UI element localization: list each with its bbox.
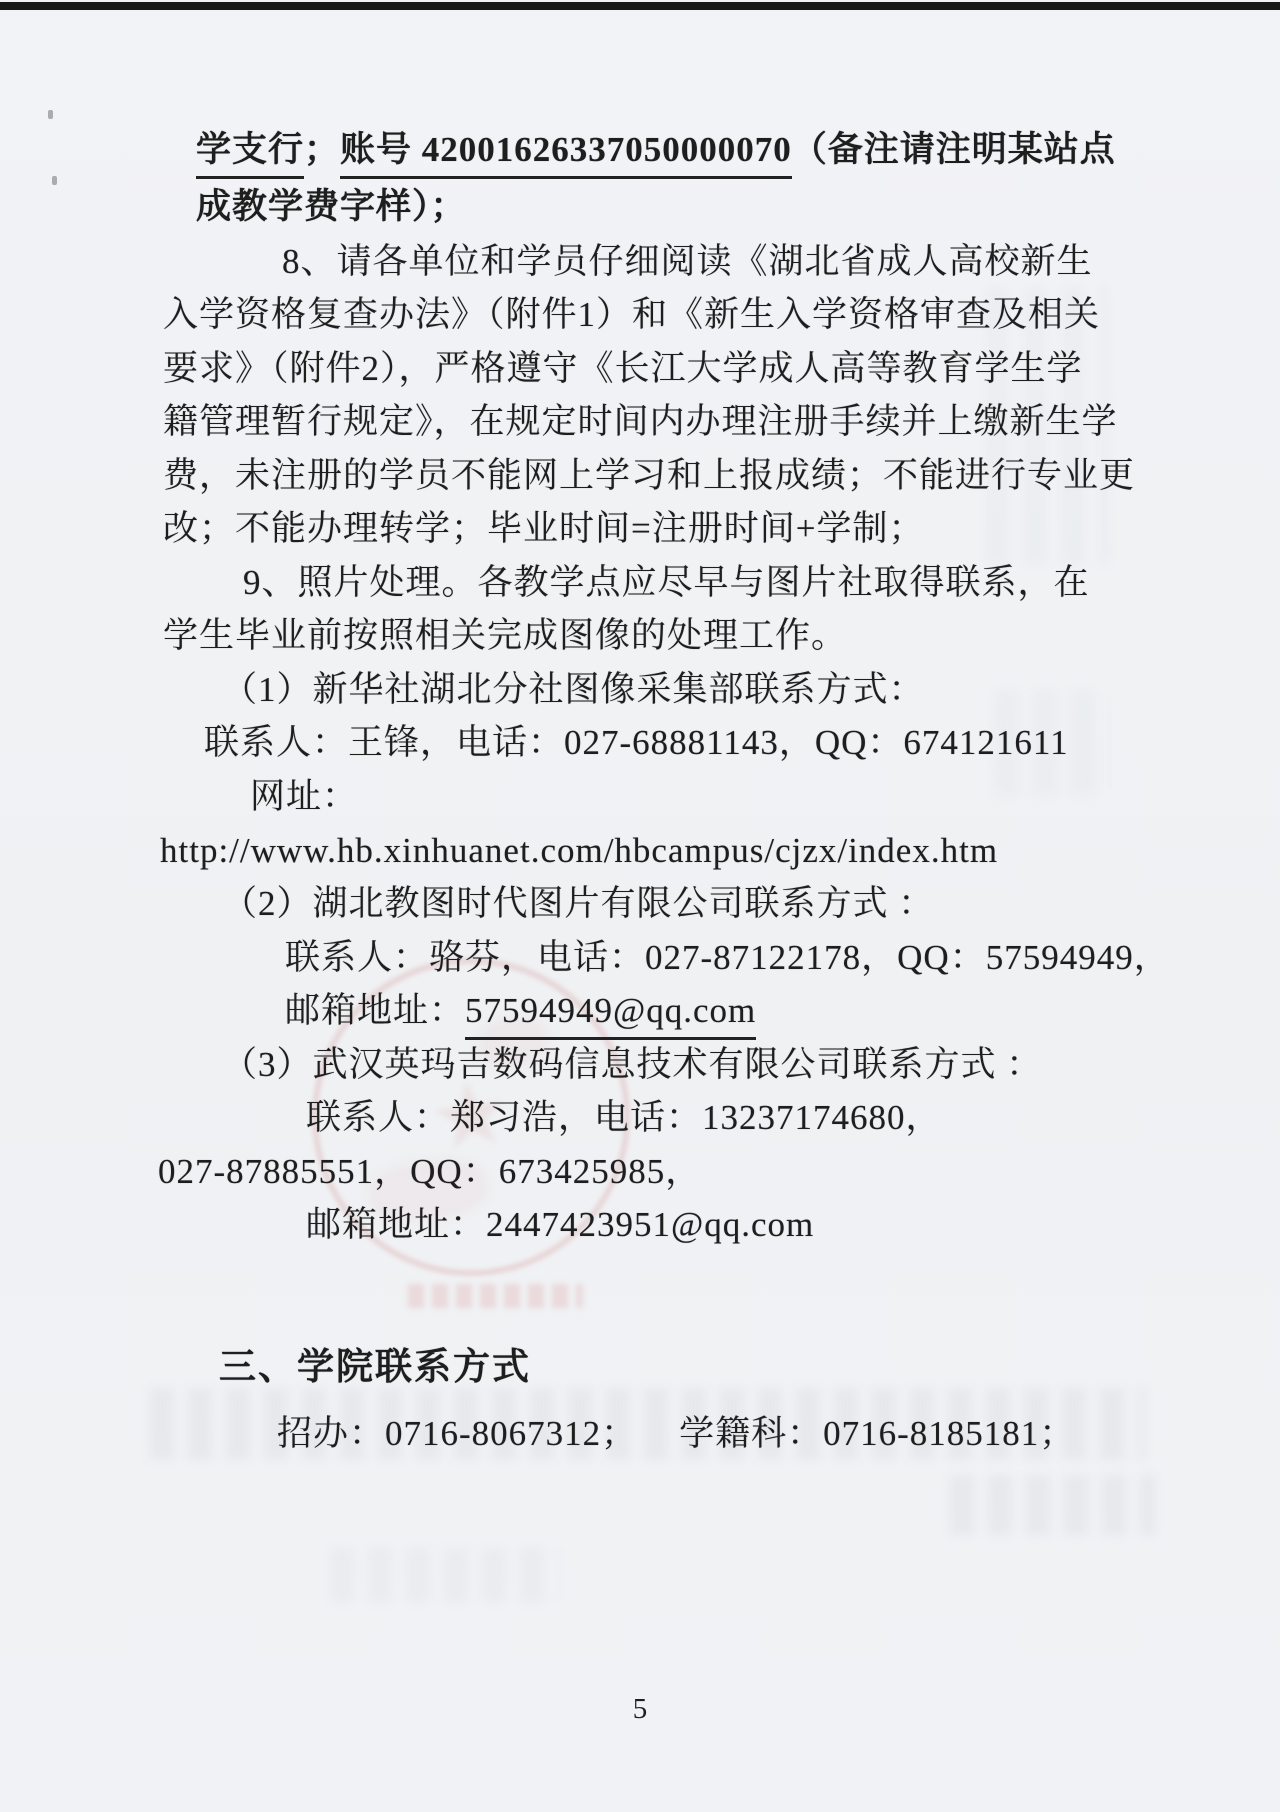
remark-note: （备注请注明某站点 xyxy=(792,130,1116,169)
contact3-phone2: 027-87885551，QQ：673425985， xyxy=(158,1150,701,1194)
underlined-account-number: 账号 42001626337050000070 xyxy=(340,130,792,179)
bleed-through-artifact xyxy=(950,1475,1155,1535)
paragraph8-line1: 8、请各单位和学员仔细阅读《湖北省成人高校新生 xyxy=(282,240,1093,284)
paragraph9-line2: 学生毕业前按照相关完成图像的处理工作。 xyxy=(163,614,847,658)
scan-speck xyxy=(52,176,57,185)
scanner-edge-artifact xyxy=(0,2,1280,10)
contact1-web-label: 网址： xyxy=(250,775,358,819)
section3-phones: 招办：0716-8067312；学籍科：0716-8185181； xyxy=(277,1412,1075,1456)
registry-phone: 学籍科：0716-8185181； xyxy=(679,1414,1075,1453)
scanned-document-page: ★ 学支行；账号 42001626337050000070（备注请注明某站点 成… xyxy=(0,0,1280,1812)
page-number: 5 xyxy=(0,1693,1280,1726)
paragraph7-line1: 学支行；账号 42001626337050000070（备注请注明某站点 xyxy=(196,128,1116,172)
paragraph8-line2: 入学资格复查办法》（附件1）和《新生入学资格审查及相关 xyxy=(163,293,1100,337)
bleed-through-artifact xyxy=(330,1548,560,1603)
stamp-date-mark xyxy=(408,1284,583,1308)
underlined-email: 57594949@qq.com xyxy=(465,991,756,1040)
email-label: 邮箱地址： xyxy=(285,991,465,1030)
paragraph8-line6: 改；不能办理转学；毕业时间=注册时间+学制； xyxy=(163,507,924,551)
separator: ； xyxy=(304,130,340,169)
paragraph7-line2: 成教学费字样）； xyxy=(196,185,467,229)
contact1-url: http://www.hb.xinhuanet.com/hbcampus/cjz… xyxy=(160,829,998,873)
paragraph8-line3: 要求》（附件2），严格遵守《长江大学成人高等教育学生学 xyxy=(163,347,1083,391)
contact1-title: （1）新华社湖北分社图像采集部联系方式： xyxy=(222,668,925,712)
paragraph8-line4: 籍管理暂行规定》，在规定时间内办理注册手续并上缴新生学 xyxy=(163,400,1118,444)
contact2-email-line: 邮箱地址：57594949@qq.com xyxy=(285,989,756,1033)
contact3-email-line: 邮箱地址：2447423951@qq.com xyxy=(306,1203,814,1247)
scan-speck xyxy=(48,110,53,119)
admissions-phone: 招办：0716-8067312； xyxy=(277,1414,637,1453)
contact2-title: （2）湖北教图时代图片有限公司联系方式 ： xyxy=(222,882,934,926)
contact3-person-phone: 联系人：郑习浩，电话：13237174680， xyxy=(306,1096,942,1140)
contact1-person-phone: 联系人：王锋，电话：027-68881143，QQ：674121611 xyxy=(204,721,1069,765)
paragraph9-line1: 9、照片处理。各教学点应尽早与图片社取得联系，在 xyxy=(243,561,1090,605)
section3-heading: 三、学院联系方式 xyxy=(219,1344,531,1390)
paragraph8-line5: 费，未注册的学员不能网上学习和上报成绩；不能进行专业更 xyxy=(163,454,1135,498)
contact3-title: （3）武汉英玛吉数码信息技术有限公司联系方式 ： xyxy=(222,1043,1042,1087)
contact2-person-phone: 联系人：骆芬，电话：027-87122178，QQ：57594949， xyxy=(285,936,1170,980)
underlined-bank-branch: 学支行 xyxy=(196,130,304,179)
